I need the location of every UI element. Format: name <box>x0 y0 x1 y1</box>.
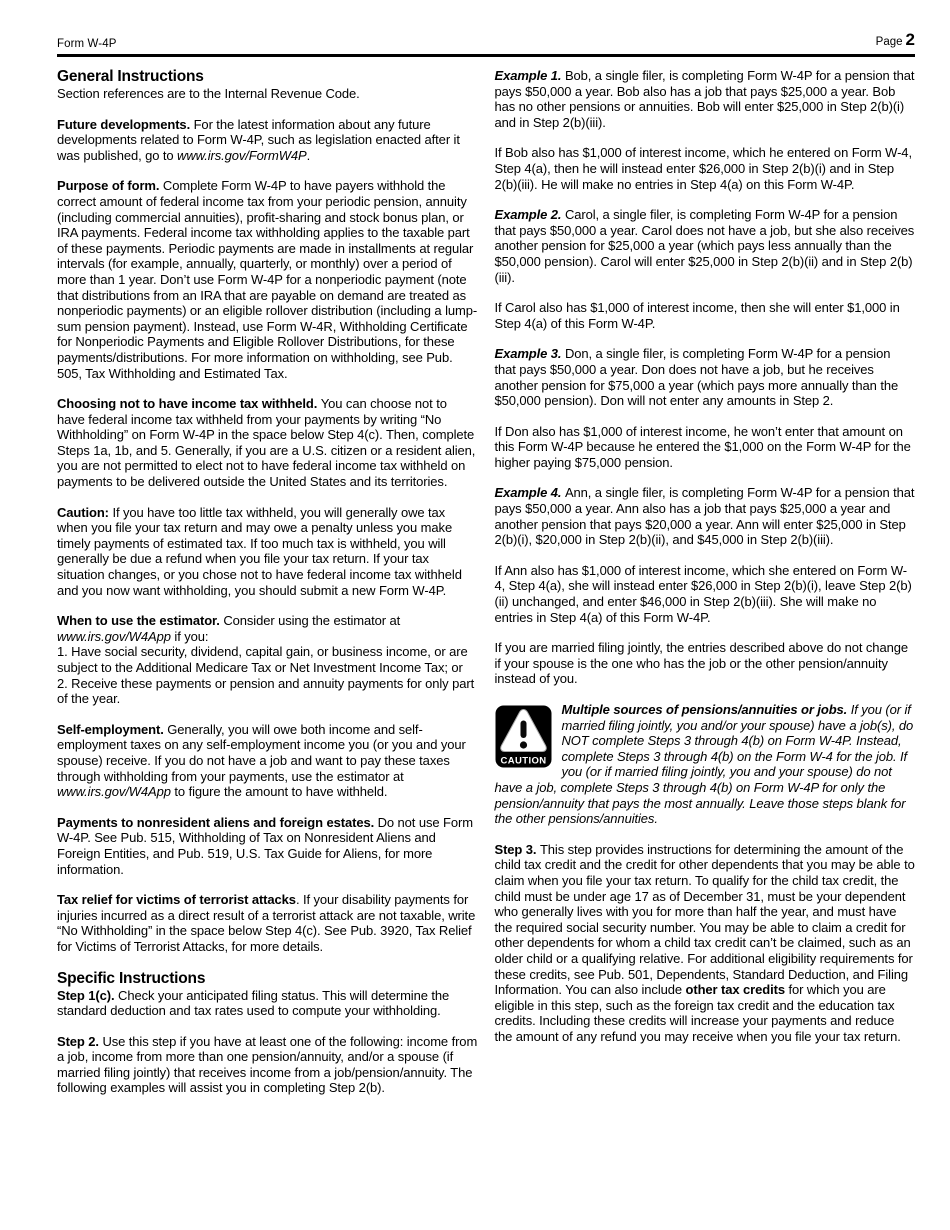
two-column-body: General InstructionsSection references a… <box>57 68 915 1096</box>
paragraph: If Carol also has $1,000 of interest inc… <box>495 300 916 331</box>
paragraph: If Don also has $1,000 of interest incom… <box>495 424 916 471</box>
paragraph: Step 2. Use this step if you have at lea… <box>57 1034 478 1096</box>
text-run: Section references are to the Internal R… <box>57 86 360 101</box>
caution-icon: CAUTION <box>495 705 552 768</box>
text-run: if you: <box>171 629 209 644</box>
paragraph: When to use the estimator. Consider usin… <box>57 613 478 644</box>
form-number-label: Form W-4P <box>57 38 116 50</box>
caution-text: Multiple sources of pensions/annuities o… <box>495 702 914 826</box>
paragraph: If Bob also has $1,000 of interest incom… <box>495 145 916 192</box>
text-run: If Bob also has $1,000 of interest incom… <box>495 145 912 191</box>
paragraph: If Ann also has $1,000 of interest incom… <box>495 563 916 625</box>
paragraph: Payments to nonresident aliens and forei… <box>57 815 478 877</box>
paragraph: Section references are to the Internal R… <box>57 86 478 102</box>
paragraph: Example 2. Carol, a single filer, is com… <box>495 207 916 285</box>
text-run: www.irs.gov/FormW4P <box>177 148 307 163</box>
paragraph: Self-employment. Generally, you will owe… <box>57 722 478 800</box>
text-run: Example 2. <box>495 207 565 222</box>
paragraph: Example 3. Don, a single filer, is compl… <box>495 346 916 408</box>
text-run: Step 3. <box>495 842 540 857</box>
text-run: Step 1(c). <box>57 988 118 1003</box>
paragraph: 2. Receive these payments or pension and… <box>57 676 478 707</box>
page-number: 2 <box>906 30 915 49</box>
text-run: Consider using the estimator at <box>223 613 400 628</box>
text-run: Future developments. <box>57 117 194 132</box>
text-run: 2. Receive these payments or pension and… <box>57 676 474 707</box>
text-run: Multiple sources of pensions/annuities o… <box>562 702 851 717</box>
right-column-bottom: Step 3. This step provides instructions … <box>495 842 916 1045</box>
paragraph: Caution: If you have too little tax with… <box>57 505 478 599</box>
paragraph: Future developments. For the latest info… <box>57 117 478 164</box>
text-run: Tax relief for victims of terrorist atta… <box>57 892 296 907</box>
text-run: www.irs.gov/W4App <box>57 784 171 799</box>
text-run: When to use the estimator. <box>57 613 223 628</box>
section-heading: Specific Instructions <box>57 970 478 988</box>
text-run: other tax credits <box>686 982 785 997</box>
text-run: Payments to nonresident aliens and forei… <box>57 815 378 830</box>
text-run: Step 2. <box>57 1034 102 1049</box>
paragraph: Example 1. Bob, a single filer, is compl… <box>495 68 916 130</box>
text-run: Example 3. <box>495 346 565 361</box>
right-column-top: Example 1. Bob, a single filer, is compl… <box>495 68 916 687</box>
text-run: If Ann also has $1,000 of interest incom… <box>495 563 912 625</box>
caution-icon-label: CAUTION <box>500 756 546 767</box>
text-run: General Instructions <box>57 68 204 85</box>
text-run: www.irs.gov/W4App <box>57 629 171 644</box>
document-page: Form W-4P Page2 General InstructionsSect… <box>0 0 950 1230</box>
text-run: If Carol also has $1,000 of interest inc… <box>495 300 900 331</box>
right-column: Example 1. Bob, a single filer, is compl… <box>495 68 916 1096</box>
left-column: General InstructionsSection references a… <box>57 68 478 1096</box>
text-run: Purpose of form. <box>57 178 163 193</box>
text-run: Complete Form W-4P to have payers withho… <box>57 178 477 380</box>
text-run: If Don also has $1,000 of interest incom… <box>495 424 911 470</box>
caution-note: CAUTION Multiple sources of pensions/ann… <box>495 702 916 827</box>
paragraph: Step 3. This step provides instructions … <box>495 842 916 1045</box>
paragraph: Example 4. Ann, a single filer, is compl… <box>495 485 916 547</box>
paragraph: Step 1(c). Check your anticipated filing… <box>57 988 478 1019</box>
text-run: Example 1. <box>495 68 565 83</box>
text-run: This step provides instructions for dete… <box>495 842 915 997</box>
text-run: Specific Instructions <box>57 970 205 987</box>
text-run: 1. Have social security, dividend, capit… <box>57 644 468 675</box>
text-run: Choosing not to have income tax withheld… <box>57 396 321 411</box>
text-run: Use this step if you have at least one o… <box>57 1034 477 1096</box>
page-word: Page <box>876 36 903 48</box>
section-heading: General Instructions <box>57 68 478 86</box>
paragraph: 1. Have social security, dividend, capit… <box>57 644 478 675</box>
text-run: Example 4. <box>495 485 565 500</box>
text-run: Caution: <box>57 505 112 520</box>
text-run: If you are married filing jointly, the e… <box>495 640 908 686</box>
page-indicator: Page2 <box>876 30 915 50</box>
page-header: Form W-4P Page2 <box>57 30 915 57</box>
paragraph: If you are married filing jointly, the e… <box>495 640 916 687</box>
text-run: If you have too little tax withheld, you… <box>57 505 462 598</box>
text-run: . <box>307 148 311 163</box>
text-run: Self-employment. <box>57 722 167 737</box>
paragraph: Purpose of form. Complete Form W-4P to h… <box>57 178 478 381</box>
paragraph: Tax relief for victims of terrorist atta… <box>57 892 478 954</box>
paragraph: Choosing not to have income tax withheld… <box>57 396 478 490</box>
text-run: to figure the amount to have withheld. <box>171 784 388 799</box>
text-run: If you (or if married filing jointly, yo… <box>495 702 914 826</box>
